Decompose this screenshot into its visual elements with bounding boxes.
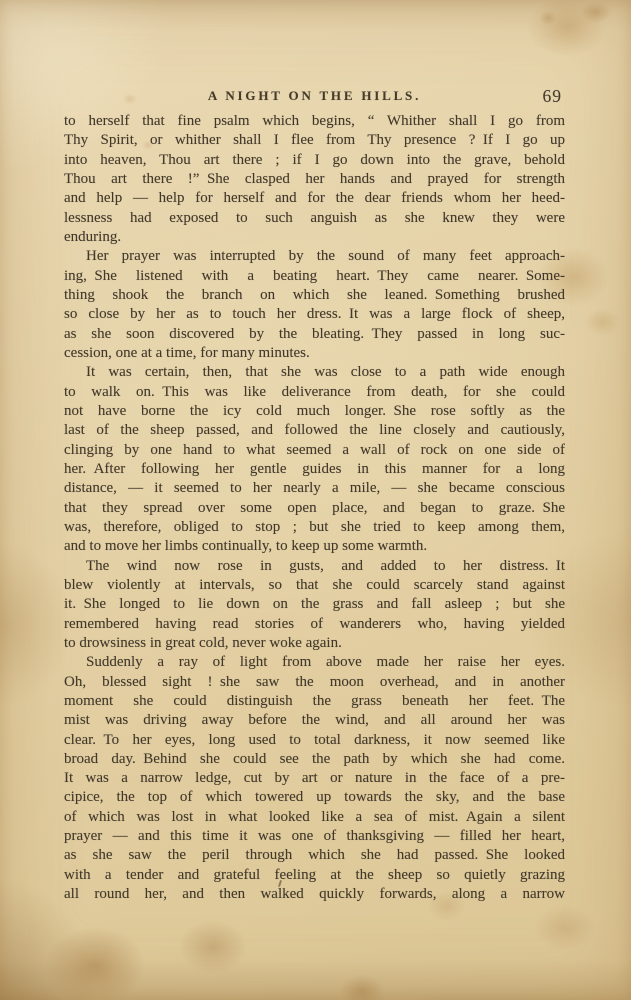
text-line: enduring.	[64, 228, 565, 247]
text-line: that they spread over some open place, a…	[64, 499, 565, 518]
text-line: prayer — and this time it was one of tha…	[64, 827, 565, 846]
text-line: Thou art there !” She clasped her hands …	[64, 170, 565, 189]
text-line: with a tender and grateful feeling at th…	[64, 866, 565, 885]
text-line: moment she could distinguish the grass b…	[64, 692, 565, 711]
text-line: broad day. Behind she could see the path…	[64, 750, 565, 769]
text-line: not have borne the icy cold much longer.…	[64, 402, 565, 421]
text-line: it. She longed to lie down on the grass …	[64, 595, 565, 614]
book-page: A NIGHT ON THE HILLS. 69 to herself that…	[0, 0, 631, 1000]
text-line: so close by her as to touch her dress. I…	[64, 305, 565, 324]
text-line: thing shook the branch on which she lean…	[64, 286, 565, 305]
text-line: to walk on. This was like deliverance fr…	[64, 383, 565, 402]
text-line: cipice, the top of which towered up towa…	[64, 788, 565, 807]
text-line: blew violently at intervals, so that she…	[64, 576, 565, 595]
text-line: cession, one at a time, for many minutes…	[64, 344, 565, 363]
text-line: mist was driving away before the wind, a…	[64, 711, 565, 730]
text-line: and help — help for herself and for the …	[64, 189, 565, 208]
text-line: The wind now rose in gusts, and added to…	[64, 557, 565, 576]
text-line: Oh, blessed sight ! she saw the moon ove…	[64, 673, 565, 692]
text-line: as she soon discovered by the bleating. …	[64, 325, 565, 344]
text-line: to drowsiness in great cold, never woke …	[64, 634, 565, 653]
text-line: last of the sheep passed, and followed t…	[64, 421, 565, 440]
text-line: clear. To her eyes, long used to total d…	[64, 731, 565, 750]
text-line: lessness had exposed to such anguish as …	[64, 209, 565, 228]
text-line: It was certain, then, that she was close…	[64, 363, 565, 382]
text-line: to herself that fine psalm which begins,…	[64, 112, 565, 131]
text-block: to herself that fine psalm which begins,…	[64, 112, 565, 904]
text-line: Thy Spirit, or whither shall I flee from…	[64, 131, 565, 150]
text-line: her. After following her gentle guides i…	[64, 460, 565, 479]
text-line: clinging by one hand to what seemed a wa…	[64, 441, 565, 460]
text-line: ing, She listened with a beating heart. …	[64, 267, 565, 286]
text-line: and to move her limbs continually, to ke…	[64, 537, 565, 556]
text-line: of which was lost in what looked like a …	[64, 808, 565, 827]
text-line: remembered having read stories of wander…	[64, 615, 565, 634]
page-header: A NIGHT ON THE HILLS. 69	[64, 84, 565, 104]
text-line: Her prayer was interrupted by the sound …	[64, 247, 565, 266]
text-line: It was a narrow ledge, cut by art or nat…	[64, 769, 565, 788]
text-line: Suddenly a ray of light from above made …	[64, 653, 565, 672]
text-line: as she saw the peril through which she h…	[64, 846, 565, 865]
text-line: all round her, and then walked quickly f…	[64, 885, 565, 904]
running-title: A NIGHT ON THE HILLS.	[208, 88, 421, 104]
text-line: distance, — it seemed to her nearly a mi…	[64, 479, 565, 498]
text-line: into heaven, Thou art there ; if I go do…	[64, 151, 565, 170]
text-line: was, therefore, obliged to stop ; but sh…	[64, 518, 565, 537]
page-number: 69	[543, 86, 563, 107]
